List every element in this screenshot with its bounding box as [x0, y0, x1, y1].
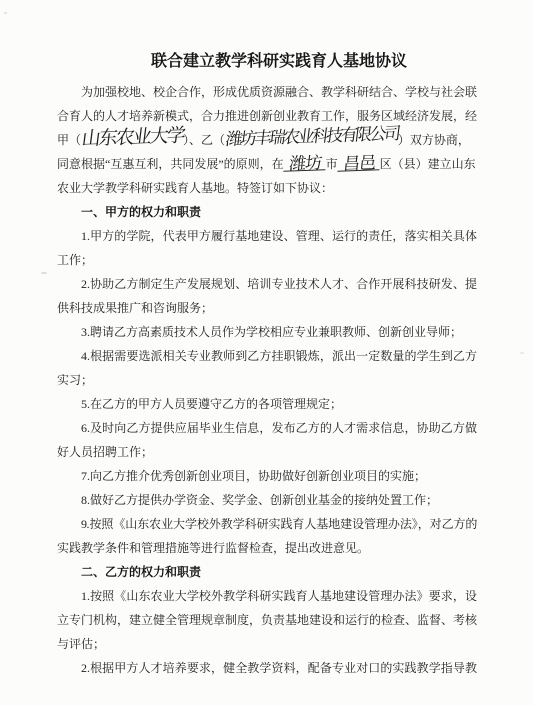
section-a-item-7-line-1: 7.向乙方推介优秀创新创业项目，协助做好创新创业项目的实施； — [57, 464, 477, 488]
section-a-item-6-line-2: 好人员招聘工作； — [57, 440, 477, 464]
scan-speck — [41, 272, 47, 274]
party-b-handwriting: 潍坊丰瑞农业科技有限公司 — [225, 129, 399, 145]
section-a-heading: 一、甲方的权力和职责 — [57, 200, 477, 224]
section-a-item-6-line-1: 6.及时向乙方提供应届毕业生信息，发布乙方的人才需求信息，协助乙方做 — [57, 416, 477, 440]
intro-line-1: 为加强校地、校企合作，形成优质资源融合、教学科研结合、学校与社会联 — [57, 80, 477, 104]
parties-suffix: ）双方协商， — [398, 133, 470, 147]
section-a-item-9-line-2: 实践教学条件和管理措施等进行监督检查，提出改进意见。 — [57, 536, 477, 560]
principle-text: 同意根据“互惠互利，共同发展”的原则，在 — [57, 157, 284, 171]
intro-line-2: 合育人的人才培养新模式，合力推进创新创业教育工作，服务区域经济发展，经 — [57, 104, 477, 128]
section-a-item-8-line-1: 8.做好乙方提供办学资金、奖学金、创新创业基金的接纳处置工作； — [57, 488, 477, 512]
party-b-label: ）、乙（ — [183, 133, 225, 147]
party-a-label: 甲（ — [57, 133, 81, 147]
section-a-item-2-line-1: 2.协助乙方制定生产发展规划、培训专业技术人才、合作开展科技研发、提 — [57, 272, 477, 296]
section-b-item-2-line-1: 2.根据甲方人才培养要求，健全教学资料，配备专业对口的实践教学指导教 — [57, 656, 477, 680]
section-a-item-9-line-1: 9.按照《山东农业大学校外教学科研实践育人基地建设管理办法》，对乙方的 — [57, 512, 477, 536]
intro-line-4: 同意根据“互惠互利，共同发展”的原则，在潍坊市昌邑区（县）建立山东 — [57, 152, 477, 176]
section-b-item-1-line-2: 立专门机构，建立健全管理规章制度，负责基地建设和运行的检查、监督、考核 — [57, 608, 477, 632]
intro-line-3: 甲（山东农业大学）、乙（潍坊丰瑞农业科技有限公司）双方协商， — [57, 128, 477, 152]
section-a-item-1-line-1: 1.甲方的学院，代表甲方履行基地建设、管理、运行的责任，落实相关具体 — [57, 224, 477, 248]
county-suffix-label: 区（县）建立山东 — [380, 157, 476, 171]
section-a-item-4-line-1: 4.根据需要选派相关专业教师到乙方挂职锻炼，派出一定数量的学生到乙方 — [57, 344, 477, 368]
county-handwriting: 昌邑 — [337, 158, 380, 172]
scan-speck — [4, 12, 7, 14]
section-a-item-4-line-2: 实习； — [57, 368, 477, 392]
intro-line-5: 农业大学教学科研实践育人基地。特签订如下协议： — [57, 176, 477, 200]
section-b-heading: 二、乙方的权力和职责 — [57, 560, 477, 584]
section-a-item-2-line-2: 供科技成果推广和咨询服务； — [57, 296, 477, 320]
section-b-item-1-line-3: 与评估； — [57, 632, 477, 656]
scan-speck — [520, 352, 524, 354]
section-a-item-1-line-2: 工作； — [57, 248, 477, 272]
section-a-item-3-line-1: 3.聘请乙方高素质技术人员作为学校相应专业兼职教师、创新创业导师； — [57, 320, 477, 344]
city-handwriting: 潍坊 — [283, 158, 326, 172]
document-title: 联合建立教学科研实践育人基地协议 — [69, 42, 489, 80]
section-a-item-5-line-1: 5.在乙方的甲方人员要遵守乙方的各项管理规定； — [57, 392, 477, 416]
party-a-handwriting: 山东农业大学 — [81, 131, 184, 145]
scanned-agreement-page: 联合建立教学科研实践育人基地协议 为加强校地、校企合作，形成优质资源融合、教学科… — [0, 0, 534, 705]
section-b-item-1-line-1: 1.按照《山东农业大学校外教学科研实践育人基地建设管理办法》要求，设 — [57, 584, 477, 608]
city-suffix-label: 市 — [326, 157, 338, 171]
